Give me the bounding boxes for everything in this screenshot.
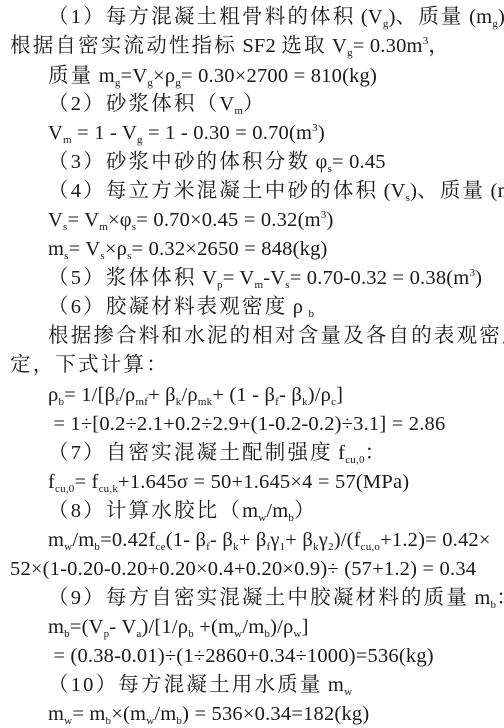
step-9-formula: mb=(Vp- Va)/[1/ρb +(mw/mb)/ρw] (48, 615, 309, 639)
step-6-formula: ρb= 1/[βf/ρmf+ βk/ρmk+ (1 - βf- βk)/ρc] (48, 383, 343, 407)
step-4-volume-formula: Vs= Vm×φs= 0.70×0.45 = 0.32(m3) (48, 208, 333, 232)
step-2-formula: Vm = 1 - Vg = 1 - 0.30 = 0.70(m3) (48, 121, 325, 145)
step-2-heading: （2）砂浆体积（Vm） (48, 92, 264, 116)
step-1-mass-formula: 质量 mg=Vg×ρg= 0.30×2700 = 810(kg) (48, 64, 377, 88)
step-1-heading: （1）每方混凝土粗骨料的体积 (Vg)、质量 (mg)， (48, 5, 504, 29)
step-8-calculation: 52×(1-0.20-0.20+0.20×0.4+0.20×0.9)÷ (57+… (10, 557, 476, 581)
step-9-calculation: = (0.38-0.01)÷(1÷2860+0.34÷1000)=536(kg) (48, 644, 434, 668)
step-10-formula: mw= mb×(mw/mb) = 536×0.34=182(kg) (48, 702, 369, 726)
step-5-heading: （5）浆体体积 Vp= Vm-Vs= 0.70-0.32 = 0.38(m3) (48, 266, 482, 290)
step-6-description: 根据掺合料和水泥的相对含量及各自的表观密度确 (48, 324, 504, 348)
document-page: （1）每方混凝土粗骨料的体积 (Vg)、质量 (mg)， 根据自密实流动性指标 … (0, 0, 504, 728)
step-1-selection: 根据自密实流动性指标 SF2 选取 Vg= 0.30m3， (10, 34, 449, 58)
step-4-mass-formula: ms= Vs×ρs= 0.32×2650 = 848(kg) (48, 237, 328, 261)
step-6-heading: （6）胶凝材料表观密度 ρ b (48, 295, 314, 319)
step-7-heading: （7）自密实混凝土配制强度 fcu,0： (48, 441, 385, 465)
step-6-description-cont: 定，下式计算： (10, 353, 169, 377)
step-9-heading: （9）每方自密实混凝土中胶凝材料的质量 mb： (48, 586, 504, 610)
step-10-heading: （10）每方混凝土用水质量 mw (48, 673, 352, 697)
step-6-calculation: = 1÷[0.2÷2.1+0.2÷2.9+(1-0.2-0.2)÷3.1] = … (48, 412, 445, 436)
step-8-formula: mw/mb=0.42fce(1- βf- βk+ βfγ1+ βkγ2)/(fc… (48, 528, 491, 552)
step-7-formula: fcu,0= fcu,k+1.645σ = 50+1.645×4 = 57(MP… (48, 470, 409, 494)
step-4-heading: （4）每立方米混凝土中砂的体积 (Vs)、质量 (ms) (48, 179, 504, 203)
step-3-heading: （3）砂浆中砂的体积分数 φs= 0.45 (48, 150, 386, 174)
step-8-heading: （8）计算水胶比（mw/mb） (48, 499, 315, 523)
